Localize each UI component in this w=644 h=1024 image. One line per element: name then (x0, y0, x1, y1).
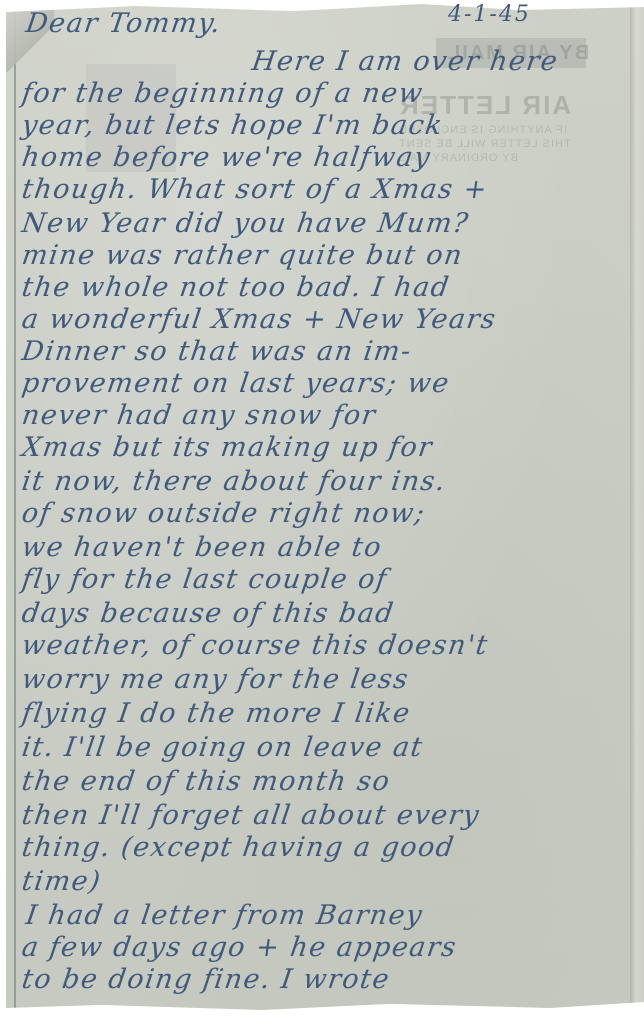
letter-line: a few days ago + he appears (20, 932, 459, 964)
letter-line: home before we're halfway (20, 142, 433, 174)
letter-line: never had any snow for (20, 400, 379, 432)
vertical-fold (630, 2, 644, 1012)
letter-line: the end of this month so (20, 766, 393, 798)
letter-line: a wonderful Xmas + New Years (20, 304, 499, 336)
letter-line: fly for the last couple of (20, 564, 390, 596)
letter-line: Dinner so that was an im- (20, 336, 414, 368)
letter-line: we haven't been able to (20, 532, 385, 564)
letter-line: Xmas but its making up for (20, 432, 435, 464)
salutation: Dear Tommy. (24, 8, 224, 40)
letter-line: weather, of course this doesn't (20, 630, 491, 662)
letter-line: days because of this bad (20, 598, 397, 630)
letter-line: I had a letter from Barney (24, 900, 425, 932)
letter-line: mine was rather quite but on (20, 240, 466, 272)
letter-line: to be doing fine. I wrote (20, 964, 392, 996)
letter-date: 4-1-45 (448, 2, 531, 27)
letter-line: the whole not too bad. I had (20, 272, 452, 304)
letter-line: provement on last years; we (20, 368, 452, 400)
letter-line: flying I do the more I like (20, 698, 413, 730)
letter-line: worry me any for the less (20, 664, 411, 696)
letter-line: thing. (except having a good (20, 832, 457, 864)
paper-edge-line (14, 2, 16, 1012)
letter-line: Here I am over here (250, 46, 561, 78)
letter-line: though. What sort of a Xmas + (20, 174, 490, 206)
letter-line: New Year did you have Mum? (20, 208, 472, 240)
letter-line: then I'll forget all about every (20, 800, 482, 832)
letter-line: of snow outside right now; (20, 498, 428, 530)
letter-page: BY AIR MAIL AIR LETTER IF ANYTHING IS EN… (0, 0, 644, 1024)
letter-line: it. I'll be going on leave at (20, 732, 426, 764)
letter-line: for the beginning of a new (20, 78, 426, 110)
letter-line: it now, there about four ins. (20, 466, 449, 498)
letter-line: year, but lets hope I'm back (20, 110, 446, 142)
letter-line: time) (20, 866, 104, 898)
